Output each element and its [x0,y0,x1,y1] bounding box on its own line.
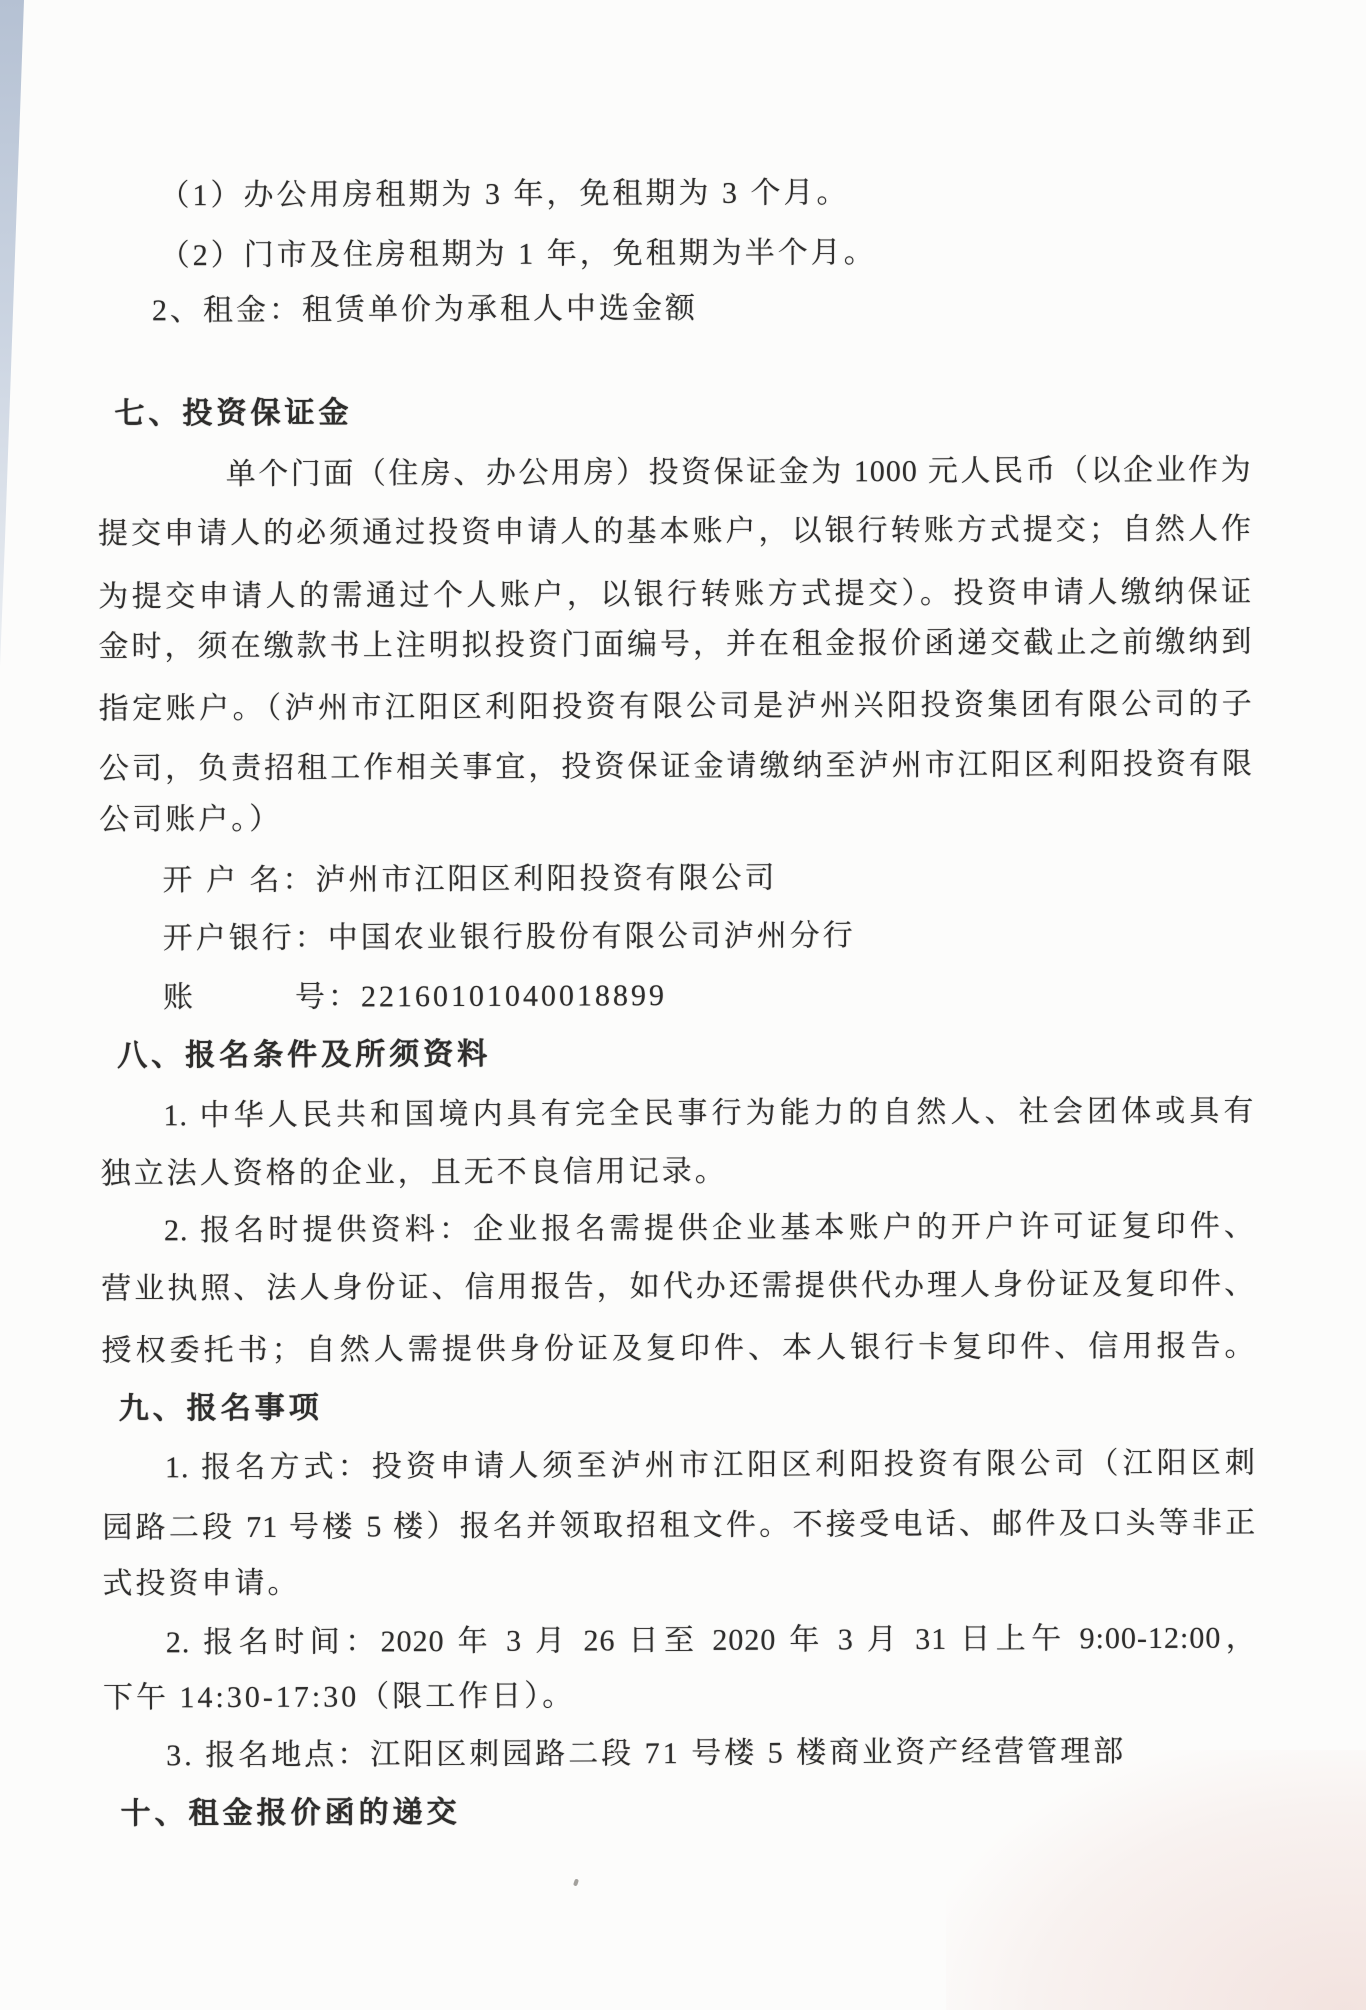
section-9-heading: 九、报名事项 [119,1391,323,1428]
lease-term-item-2: （2）门市及住房租期为 1 年，免租期为半个月。 [160,235,877,274]
sec8-line-1: 1. 中华人民共和国境内具有完全民事行为能力的自然人、社会团体或具有 [163,1094,1254,1135]
section-8-heading: 八、报名条件及所须资料 [117,1037,491,1075]
section-10-heading: 十、租金报价函的递交 [120,1795,460,1832]
account-name-line: 开 户 名：泸州市江阳区利阳投资有限公司 [162,861,777,900]
bank-line: 开户银行：中国农业银行股份有限公司泸州分行 [163,918,856,957]
sec9-line-2: 园路二段 71 号楼 5 楼）报名并领取招租文件。不接受电话、邮件及口头等非正 [102,1506,1256,1547]
sec8-line-2: 独立法人资格的企业，且无不良信用记录。 [101,1154,728,1193]
sec8-line-4: 营业执照、法人身份证、信用报告，如代办还需提供代办理人身份证及复印件、 [101,1267,1255,1308]
sec9-line-4: 2. 报名时间：2020 年 3 月 26 日至 2020 年 3 月 31 日… [166,1621,1257,1662]
sec9-line-6: 3. 报名地点：江阳区刺园路二段 71 号楼 5 楼商业资产经营管理部 [166,1734,1126,1774]
deposit-para-line-5: 指定账户。（泸州市江阳区利阳投资有限公司是泸州兴阳投资集团有限公司的子 [99,687,1253,728]
deposit-para-line-6: 公司，负责招租工作相关事宜，投资保证金请缴纳至泸州市江阳区利阳投资有限 [99,747,1253,788]
deposit-para-line-7: 公司账户。） [99,802,282,839]
section-7-heading: 七、投资保证金 [114,395,352,432]
sec9-line-3: 式投资申请。 [102,1566,300,1603]
sec8-line-5: 授权委托书；自然人需提供身份证及复印件、本人银行卡复印件、信用报告。 [101,1329,1255,1370]
account-number-line: 账 号：22160101040018899 [163,978,667,1016]
deposit-para-line-1: 单个门面（住房、办公用房）投资保证金为 1000 元人民币（以企业作为 [226,453,1252,493]
sec9-line-1: 1. 报名方式：投资申请人须至泸州市江阳区利阳投资有限公司（江阳区刺 [165,1446,1256,1487]
rent-item: 2、租金：租赁单价为承租人中选金额 [152,291,698,329]
deposit-para-line-4: 金时，须在缴款书上注明拟投资门面编号，并在租金报价函递交截止之前缴纳到 [98,625,1252,666]
sec8-line-3: 2. 报名时提供资料：企业报名需提供企业基本账户的开户许可证复印件、 [164,1209,1255,1250]
deposit-para-line-2: 提交申请人的必须通过投资申请人的基本账户，以银行转账方式提交；自然人作 [98,512,1252,553]
scanned-document-page: （1）办公用房租期为 3 年，免租期为 3 个月。 （2）门市及住房租期为 1 … [0,0,1366,2010]
deposit-para-line-3: 为提交申请人的需通过个人账户，以银行转账方式提交）。投资申请人缴纳保证 [98,575,1252,616]
document-text-layer: （1）办公用房租期为 3 年，免租期为 3 个月。 （2）门市及住房租期为 1 … [0,0,1366,2010]
lease-term-item-1: （1）办公用房租期为 3 年，免租期为 3 个月。 [159,175,849,214]
sec9-line-5: 下午 14:30-17:30（限工作日）。 [103,1678,575,1716]
